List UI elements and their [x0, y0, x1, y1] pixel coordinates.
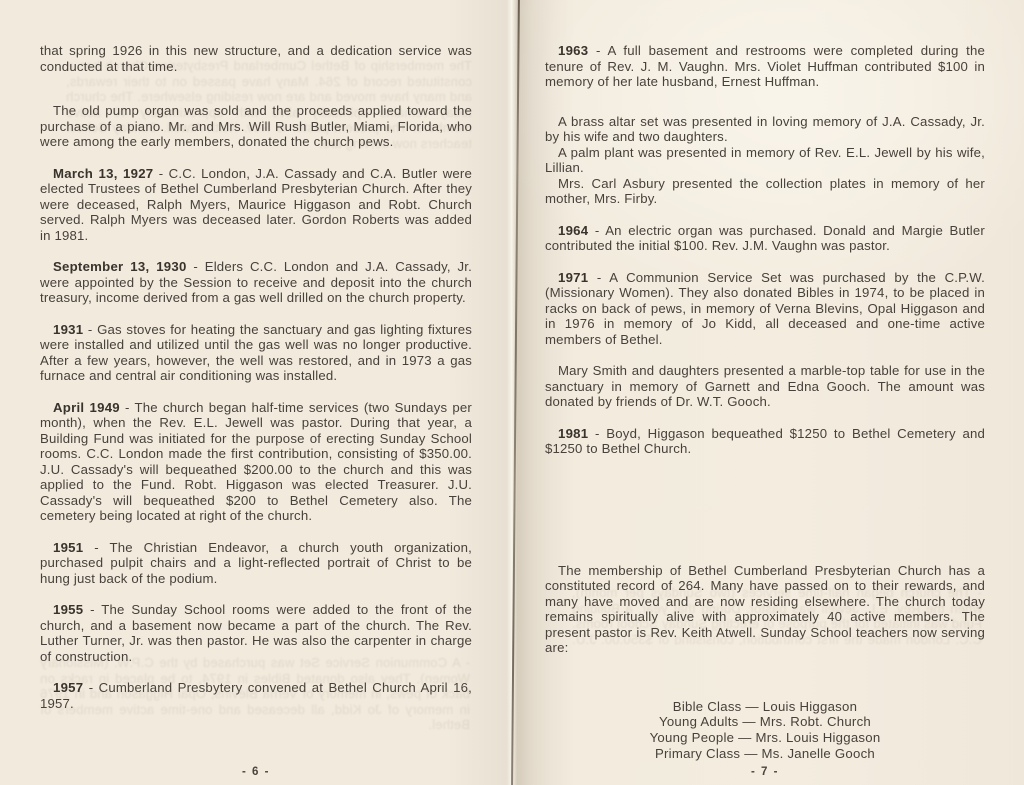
- paragraph-text: The membership of Bethel Cumberland Pres…: [545, 563, 985, 656]
- teacher-list-item: Young People — Mrs. Louis Higgason: [545, 730, 985, 746]
- paragraph: The membership of Bethel Cumberland Pres…: [545, 563, 985, 656]
- paragraph-text: - The church began half-time services (t…: [40, 400, 472, 524]
- paragraph: 1951 - The Christian Endeavor, a church …: [40, 540, 472, 587]
- paragraph-text: - The Christian Endeavor, a church youth…: [40, 540, 472, 586]
- date-lead: 1955: [53, 602, 83, 617]
- date-lead: 1931: [53, 322, 83, 337]
- paragraph: Mary Smith and daughters presented a mar…: [545, 363, 985, 410]
- paragraph-text: A palm plant was presented in memory of …: [545, 145, 985, 176]
- paragraph: 1955 - The Sunday School rooms were adde…: [40, 602, 472, 664]
- paragraph-text: - Boyd, Higgason bequeathed $1250 to Bet…: [545, 426, 985, 457]
- paragraph: A brass altar set was presented in lovin…: [545, 114, 985, 145]
- date-lead: March 13, 1927: [53, 166, 153, 181]
- paragraph: April 1949 - The church began half-time …: [40, 400, 472, 524]
- paragraph: 1964 - An electric organ was purchased. …: [545, 223, 985, 254]
- date-lead: 1963: [558, 43, 588, 58]
- paragraph-text: - The Sunday School rooms were added to …: [40, 602, 472, 664]
- paragraph-text: - An electric organ was purchased. Donal…: [545, 223, 985, 254]
- paragraph-text: Mary Smith and daughters presented a mar…: [545, 363, 985, 409]
- paragraph: 1971 - A Communion Service Set was purch…: [545, 270, 985, 348]
- paragraph-text: that spring 1926 in this new structure, …: [40, 43, 472, 74]
- teacher-list-item: Primary Class — Ms. Janelle Gooch: [545, 746, 985, 762]
- paragraph: The old pump organ was sold and the proc…: [40, 103, 472, 150]
- paragraph: A palm plant was presented in memory of …: [545, 145, 985, 176]
- date-lead: 1971: [558, 270, 588, 285]
- teacher-list-item: Young Adults — Mrs. Robt. Church: [545, 714, 985, 730]
- paragraph-text: Mrs. Carl Asbury presented the collectio…: [545, 176, 985, 207]
- date-lead: 1957: [53, 680, 83, 695]
- paragraph: 1963 - A full basement and restrooms wer…: [545, 43, 985, 90]
- paragraph: September 13, 1930 - Elders C.C. London …: [40, 259, 472, 306]
- paragraph: Mrs. Carl Asbury presented the collectio…: [545, 176, 985, 207]
- date-lead: April 1949: [53, 400, 120, 415]
- paragraph: 1981 - Boyd, Higgason bequeathed $1250 t…: [545, 426, 985, 457]
- date-lead: 1951: [53, 540, 83, 555]
- paragraph: that spring 1926 in this new structure, …: [40, 43, 472, 74]
- page-number-left: - 6 -: [40, 765, 472, 781]
- paragraph-text: The old pump organ was sold and the proc…: [40, 103, 472, 149]
- page-number-right: - 7 -: [545, 765, 985, 781]
- date-lead: 1964: [558, 223, 588, 238]
- paragraph-text: - A full basement and restrooms were com…: [545, 43, 985, 89]
- teacher-list: Bible Class — Louis Higgason Young Adult…: [545, 699, 985, 763]
- teacher-list-item: Bible Class — Louis Higgason: [545, 699, 985, 715]
- paragraph-text: A brass altar set was presented in lovin…: [545, 114, 985, 145]
- paragraph-text: - Gas stoves for heating the sanctuary a…: [40, 322, 472, 384]
- booklet-page-left: The membership of Bethel Cumberland Pres…: [0, 0, 512, 785]
- paragraph-text: - Cumberland Presbytery convened at Beth…: [40, 680, 472, 711]
- paragraph-text: - A Communion Service Set was purchased …: [545, 270, 985, 347]
- paragraph: 1957 - Cumberland Presbytery convened at…: [40, 680, 472, 711]
- date-lead: 1981: [558, 426, 588, 441]
- paragraph: 1931 - Gas stoves for heating the sanctu…: [40, 322, 472, 384]
- paragraph: March 13, 1927 - C.C. London, J.A. Cassa…: [40, 166, 472, 244]
- date-lead: September 13, 1930: [53, 259, 187, 274]
- booklet-page-right: - The church began half-time services (t…: [512, 0, 1024, 785]
- open-booklet-spread: The membership of Bethel Cumberland Pres…: [0, 0, 1024, 785]
